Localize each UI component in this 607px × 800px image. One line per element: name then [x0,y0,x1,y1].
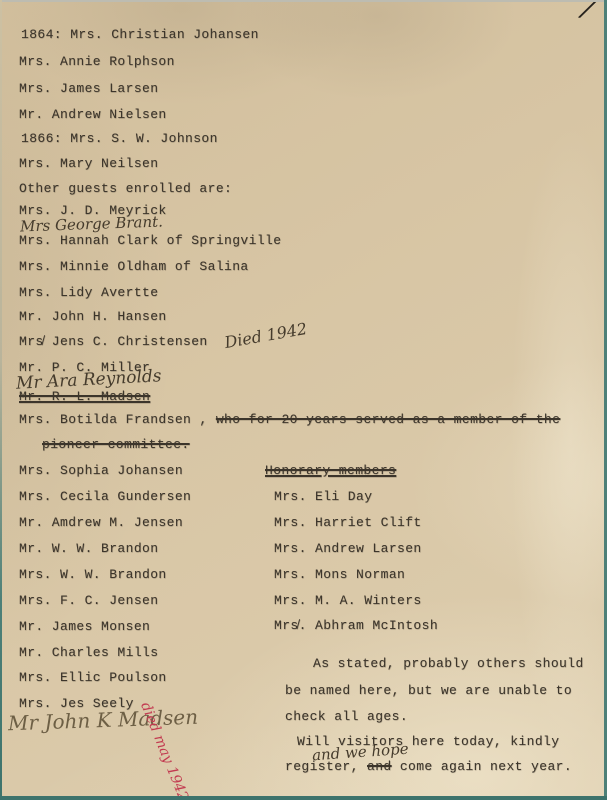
column-entry: Mrs. Cecila Gundersen [19,489,191,504]
roster-entry: Mrs. Mary Neilsen [19,156,158,171]
closing-paragraph-line: be named here, but we are unable to [285,683,572,698]
closing-register: register, [285,759,367,774]
closing-come-again: come again next year. [392,759,572,774]
guest-entry: Mrs̸ Jens C. Christensen [19,334,208,349]
entry-frandsen: Mrs. Botilda Frandsen , who for 20 years… [19,412,560,427]
corner-page-mark: 7 [572,0,599,29]
section-heading: Other guests enrolled are: [19,181,232,196]
column-entry: Mrs. Andrew Larsen [274,541,422,556]
column-entry: Mrs. F. C. Jensen [19,593,158,608]
roster-entry: Mr. Andrew Nielsen [19,107,167,122]
column-entry: Mrs. Harriet Clift [274,515,422,530]
scanned-document-page: 7 1864: Mrs. Christian Johansen Mrs. Ann… [0,0,607,800]
column-entry: Mrs. W. W. Brandon [19,567,167,582]
entry-frandsen-struck-clause-2: pioneer committee. [42,437,190,452]
roster-entry: 1866: Mrs. S. W. Johnson [21,131,218,146]
column-entry: Mrs. Sophia Johansen [19,463,183,478]
struck-entry-madsen: Mr. R. L. Madsen [19,389,150,404]
handwritten-note-died-1942: Died 1942 [223,319,309,352]
entry-frandsen-struck-clause: who for 20 years served as a member of t… [216,412,560,427]
closing-paragraph-line: As stated, probably others should [313,656,584,671]
closing-struck-and: and [367,759,392,774]
closing-paragraph-line: check all ages. [285,709,408,724]
guest-entry: Mr. John H. Hansen [19,309,167,324]
scan-edge-top [0,0,607,2]
guest-entry: Mrs. Hannah Clark of Springville [19,233,281,248]
column-entry: Mrs. Ellic Poulson [19,670,167,685]
roster-entry: Mrs. Annie Rolphson [19,54,175,69]
roster-entry: Mrs. James Larsen [19,81,158,96]
column-entry: Mr. W. W. Brandon [19,541,158,556]
closing-paragraph-line: register, and come again next year. [285,759,572,774]
roster-entry: 1864: Mrs. Christian Johansen [21,27,259,42]
column-entry: Mr. James Monsen [19,619,150,634]
scan-edge-bottom [0,796,607,800]
column-entry: Mrs. Eli Day [274,489,372,504]
honorary-heading-struck: Honorary members [265,463,396,478]
column-entry: Mrs̸. Abhram McIntosh [274,618,438,633]
entry-frandsen-name: Mrs. Botilda Frandsen , [19,412,208,427]
guest-entry: Mrs. Lidy Avertte [19,285,158,300]
column-entry: Mrs. M. A. Winters [274,593,422,608]
scan-edge-left [0,0,2,800]
column-entry: Mr. Amdrew M. Jensen [19,515,183,530]
guest-entry: Mrs. Minnie Oldham of Salina [19,259,249,274]
column-entry: Mr. Charles Mills [19,645,158,660]
column-entry: Mrs. Mons Norman [274,567,405,582]
